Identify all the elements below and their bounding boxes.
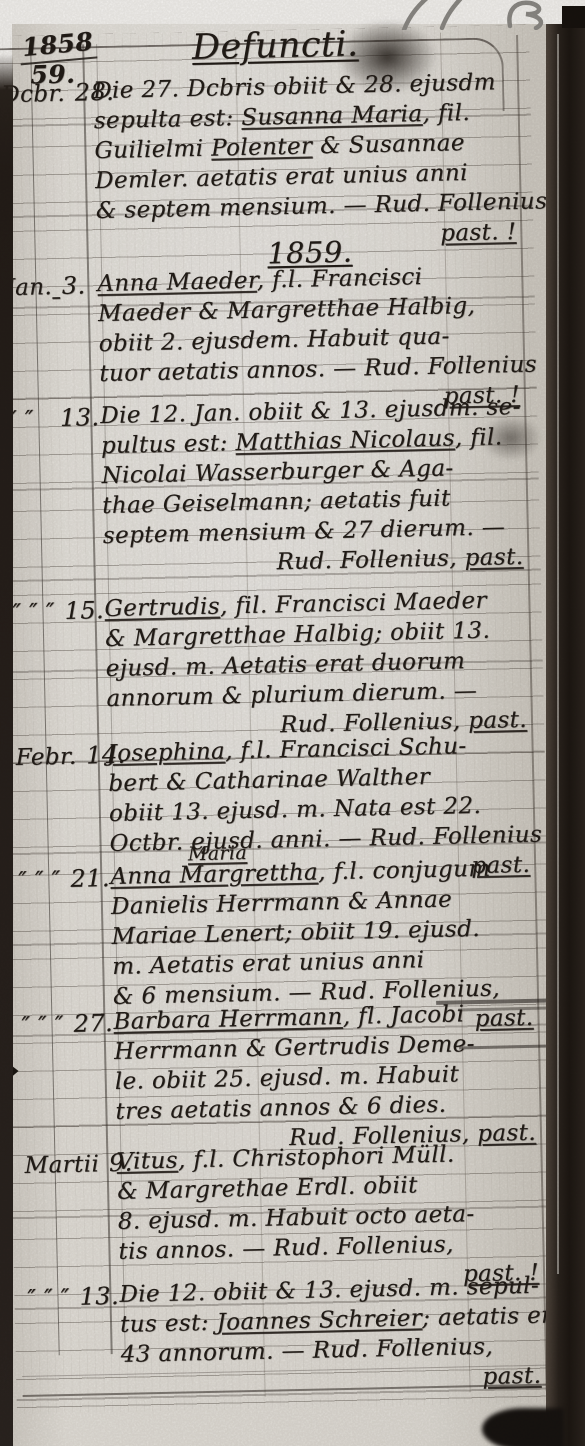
entry-body: Die 12. Jan. obiit & 13. ejusdm. se- pul… (100, 392, 540, 581)
entry-date: ″ ″ ″ 13. (27, 1282, 120, 1312)
entry-date-month: Martii (24, 1151, 99, 1179)
corner-handwriting-fragment (390, 0, 560, 30)
entry-date: ″ ″ ″ 15. (12, 596, 105, 626)
entry-body: Barbara Herrmann, fl. Jacobi Herrmann & … (113, 997, 552, 1156)
entry-date-day: 3. (61, 271, 85, 300)
scan-band-corner (562, 6, 585, 28)
page-title: Defuncti. (125, 23, 426, 70)
entry-date-month: Febr. (15, 744, 76, 771)
entry-date-day: 13. (60, 403, 100, 432)
entry-date: ″ ″ ″ 21. (18, 864, 111, 894)
scan-band-streak (557, 34, 559, 1274)
entry-body: Gertrudis, fil. Francisci Maeder & Margr… (104, 585, 543, 744)
entry-date: Febr. 14. (15, 741, 108, 771)
interline-addition: Maria (188, 842, 248, 865)
ditto-marks: ″ ″ ″ (27, 1285, 70, 1312)
entry-date: ″ ″ ″ 27. (21, 1009, 114, 1039)
left-scan-band (0, 54, 13, 1446)
entry-date-day: 13. (79, 1282, 119, 1311)
entry-date-day: 27. (73, 1009, 113, 1038)
page-content-layer: 1858 59. Defuncti. 1859. Dcbr. 28. Die 2… (0, 0, 585, 1446)
ditto-marks: ″ ″ ″ (21, 1012, 64, 1039)
ditto-marks: ″ ″ (8, 406, 51, 433)
entry-body: Die 12. obiit & 13. ejusd. m. sepul- tus… (119, 1270, 558, 1399)
scan-band-blob (482, 1408, 564, 1446)
ditto-marks: ″ ″ ″ (12, 599, 55, 626)
entry-body: Die 27. Dcbris obiit & 28. ejusdm sepult… (93, 67, 533, 256)
entry-date: ″ ″ 13. (8, 403, 101, 433)
entry-date: Martii 9. (24, 1149, 117, 1179)
entry-date: Dcbr. 28. (1, 78, 94, 108)
right-scan-band (546, 24, 585, 1446)
entry-date-day: 15. (64, 596, 104, 625)
entry-date-day: 21. (70, 864, 110, 893)
entry-date: Jan. 3. (5, 271, 98, 301)
ditto-marks: ″ ″ ″ (18, 867, 61, 894)
scanned-register-page: 1858 59. Defuncti. 1859. Dcbr. 28. Die 2… (0, 0, 585, 1446)
